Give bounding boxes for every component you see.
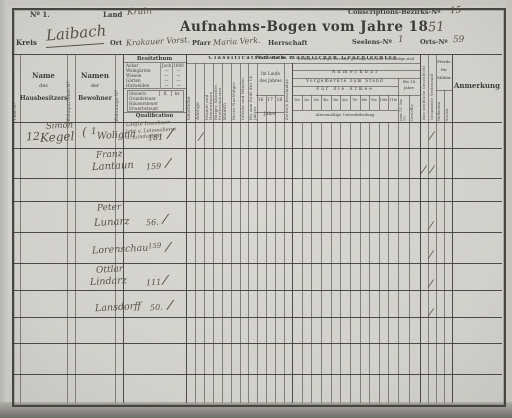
dash-cell: — bbox=[172, 83, 184, 88]
remarks-column-label: Anmerkung bbox=[452, 82, 502, 90]
house-owner-header-l3: Hausbesitzers bbox=[20, 96, 67, 103]
age-class-label: 2te bbox=[302, 99, 312, 103]
kreis-label: Kreis bbox=[16, 39, 37, 47]
offspring-note-l2: des Jahres bbox=[257, 79, 284, 84]
revision-note: Zu dem bei voriger Revision gehörige und… bbox=[294, 57, 418, 62]
entry-house-number: 50. bbox=[150, 304, 163, 313]
class-column-officials: Beamte und Honoratioren bbox=[205, 66, 213, 120]
tax-type-label: Erwerbsteuer bbox=[128, 106, 159, 111]
anmerkbar-band: Anmerkbar bbox=[293, 71, 419, 76]
conscription-district-value: 15 bbox=[450, 7, 462, 17]
age-class-footer: Altersmäßige Unterabtheilung bbox=[293, 113, 397, 117]
herrschaft-label: Herrschaft bbox=[268, 40, 307, 47]
seelen-number-value: 1 bbox=[398, 36, 404, 45]
furloughed-column-label: Zeitlich Beurlaubte bbox=[285, 66, 289, 120]
horses-header-l3: Militär bbox=[436, 76, 452, 80]
scan-edge-left bbox=[0, 0, 8, 418]
age-class-label: 8te bbox=[359, 99, 369, 103]
class-column-under14: Bis zum Ende des 14. Jahres bbox=[249, 66, 257, 120]
post-number-column-label: Post-Nº bbox=[14, 70, 19, 120]
land-value-handwritten: Krain bbox=[127, 7, 153, 17]
entry-house-number: 159 bbox=[146, 163, 162, 172]
entry-inhabitant-name: Lansdorff bbox=[95, 302, 141, 314]
under14-col-2: Gestellte bbox=[411, 96, 415, 121]
inhabitants-header-l3: Bewohner bbox=[75, 96, 115, 103]
land-type-label: Hutweiden bbox=[125, 83, 160, 88]
under14-header-l2: Jahre bbox=[398, 86, 420, 90]
seelen-number-label: Seelens-Nº bbox=[352, 39, 392, 46]
dwelling-number-column-label: Wohnungs-Nº bbox=[116, 66, 121, 122]
age-class-label: 9te bbox=[369, 99, 379, 103]
class-column-cottagers: Inleute und Häusler bbox=[241, 66, 245, 120]
scan-edge-right bbox=[505, 0, 512, 418]
entry-house-number: 56. bbox=[146, 219, 159, 228]
row-rule bbox=[12, 263, 502, 264]
age-class-label: 10te bbox=[379, 99, 389, 103]
form-title: Aufnahms-Bogen vom Jahre 18 bbox=[180, 20, 428, 35]
row-rule bbox=[12, 343, 502, 344]
age-class-label: 1te bbox=[292, 99, 302, 103]
entry-house-number: 111 bbox=[146, 279, 162, 288]
total-souls-column-label: Gesammte Seelenzahl bbox=[430, 58, 434, 120]
house-owner-header-l2: des bbox=[20, 84, 67, 90]
house-owner-header-l1: Name bbox=[20, 72, 67, 80]
age-16-label: 16 bbox=[256, 99, 265, 104]
entry-paren-flourish: ( bbox=[82, 126, 87, 138]
inhabitants-header-l1: Namen bbox=[75, 72, 115, 80]
age-class-label: 7te bbox=[350, 99, 360, 103]
form-year-handwritten: 51 bbox=[428, 21, 445, 35]
female-sex-column-label: Das weibliche Geschlecht bbox=[422, 58, 426, 120]
property-block-title: Besitzthum bbox=[123, 56, 186, 62]
dash-cell: — bbox=[160, 83, 172, 88]
property-tax-table: Steuern fl. kr. Grundsteuer Häusersteuer… bbox=[127, 90, 184, 112]
age-class-row: 1te 2te 3te 4te 5te 6te 7te 8te 9te 10te… bbox=[292, 99, 398, 103]
row-rule bbox=[12, 290, 502, 291]
offspring-note-l1: Im Laufe bbox=[257, 72, 284, 77]
entry-inhabitant-name: Franz bbox=[96, 150, 123, 160]
under14-col-1: vom 15. bis 19. bbox=[400, 96, 407, 121]
sheet-number-label: Nº 1. bbox=[30, 11, 50, 19]
age-18-label: 18 bbox=[275, 99, 284, 104]
ort-label: Ort bbox=[110, 40, 122, 47]
offspring-title: Nachwuchs bbox=[256, 56, 284, 61]
class-column-burghers: Bürger, Künstler, Professionisten bbox=[214, 66, 222, 120]
class-column-clergy: Geistliche bbox=[188, 66, 193, 120]
row-rule bbox=[12, 374, 502, 375]
grid-line bbox=[123, 88, 186, 89]
entry-house-number: 159 bbox=[148, 243, 162, 251]
age-class-label: 5te bbox=[331, 99, 341, 103]
entry-owner-last: Kegel bbox=[40, 130, 75, 144]
vorgemerkte-band: Vorgemerkte zum Stand bbox=[293, 80, 397, 85]
entry-inhabitant-name: Lunarz bbox=[94, 217, 130, 229]
grid-line bbox=[292, 110, 398, 111]
row-rule bbox=[12, 232, 502, 233]
orts-number-label: Orts-Nº bbox=[420, 39, 448, 46]
age-17-label: 17 bbox=[265, 99, 274, 104]
offspring-years-label: Jahre bbox=[256, 113, 284, 118]
land-label: Land bbox=[103, 11, 122, 19]
grid-line bbox=[436, 90, 452, 91]
land-row: Hutweiden — — bbox=[125, 83, 184, 88]
horses-col-geldings: Wallachen bbox=[438, 93, 442, 121]
scanned-census-sheet: Nº 1. Land Krain Conscriptions-Bezirks-N… bbox=[0, 0, 512, 418]
class-column-successors: Deren Nachfolger bbox=[232, 66, 236, 120]
fl-label: fl. bbox=[159, 91, 171, 96]
row-rule bbox=[12, 201, 502, 202]
row-rule bbox=[12, 178, 502, 179]
conscription-district-label: Conscriptions-Bezirks-Nº bbox=[348, 9, 440, 16]
age-class-label: 6te bbox=[340, 99, 350, 103]
tax-row: Erwerbsteuer bbox=[128, 106, 183, 111]
horses-col-mares: Stuten bbox=[446, 93, 450, 121]
age-class-label: 4te bbox=[321, 99, 331, 103]
grid-line bbox=[256, 95, 284, 96]
entry-inhabitant-name: Lindarz bbox=[90, 276, 127, 287]
armee-band: Für die Armee bbox=[293, 88, 397, 93]
kr-label: kr. bbox=[171, 91, 183, 96]
row-rule bbox=[12, 148, 502, 149]
entry-inhabitant-name: Peter bbox=[97, 203, 122, 213]
pfarr-label: Pfarr bbox=[192, 40, 211, 47]
age-class-label: 3te bbox=[311, 99, 321, 103]
entry-inhabitant-name: Ottlar bbox=[96, 265, 124, 275]
offspring-age-row: 16 17 18 bbox=[256, 99, 284, 104]
qualification-label: Qualification bbox=[123, 114, 186, 120]
age-class-label: 11te bbox=[388, 99, 398, 103]
class-column-nobles: Adelige bbox=[197, 66, 202, 120]
horses-header-l1: Pferde bbox=[436, 60, 452, 64]
dwelling-party-column-label: Wohnparteien-Nº bbox=[68, 66, 73, 122]
class-column-farmers: Bauern bbox=[224, 66, 229, 120]
under14-header-l1: Bis 14 bbox=[398, 80, 420, 84]
property-land-table: Äcker Joch 1600 Weingärten — — Wiesen — … bbox=[125, 63, 184, 88]
orts-number-value: 59 bbox=[453, 36, 465, 46]
form-title-row: Aufnahms-Bogen vom Jahre 18 51 bbox=[180, 20, 445, 35]
inhabitants-header-l2: der bbox=[75, 84, 115, 90]
horses-header-l2: für bbox=[436, 68, 452, 72]
